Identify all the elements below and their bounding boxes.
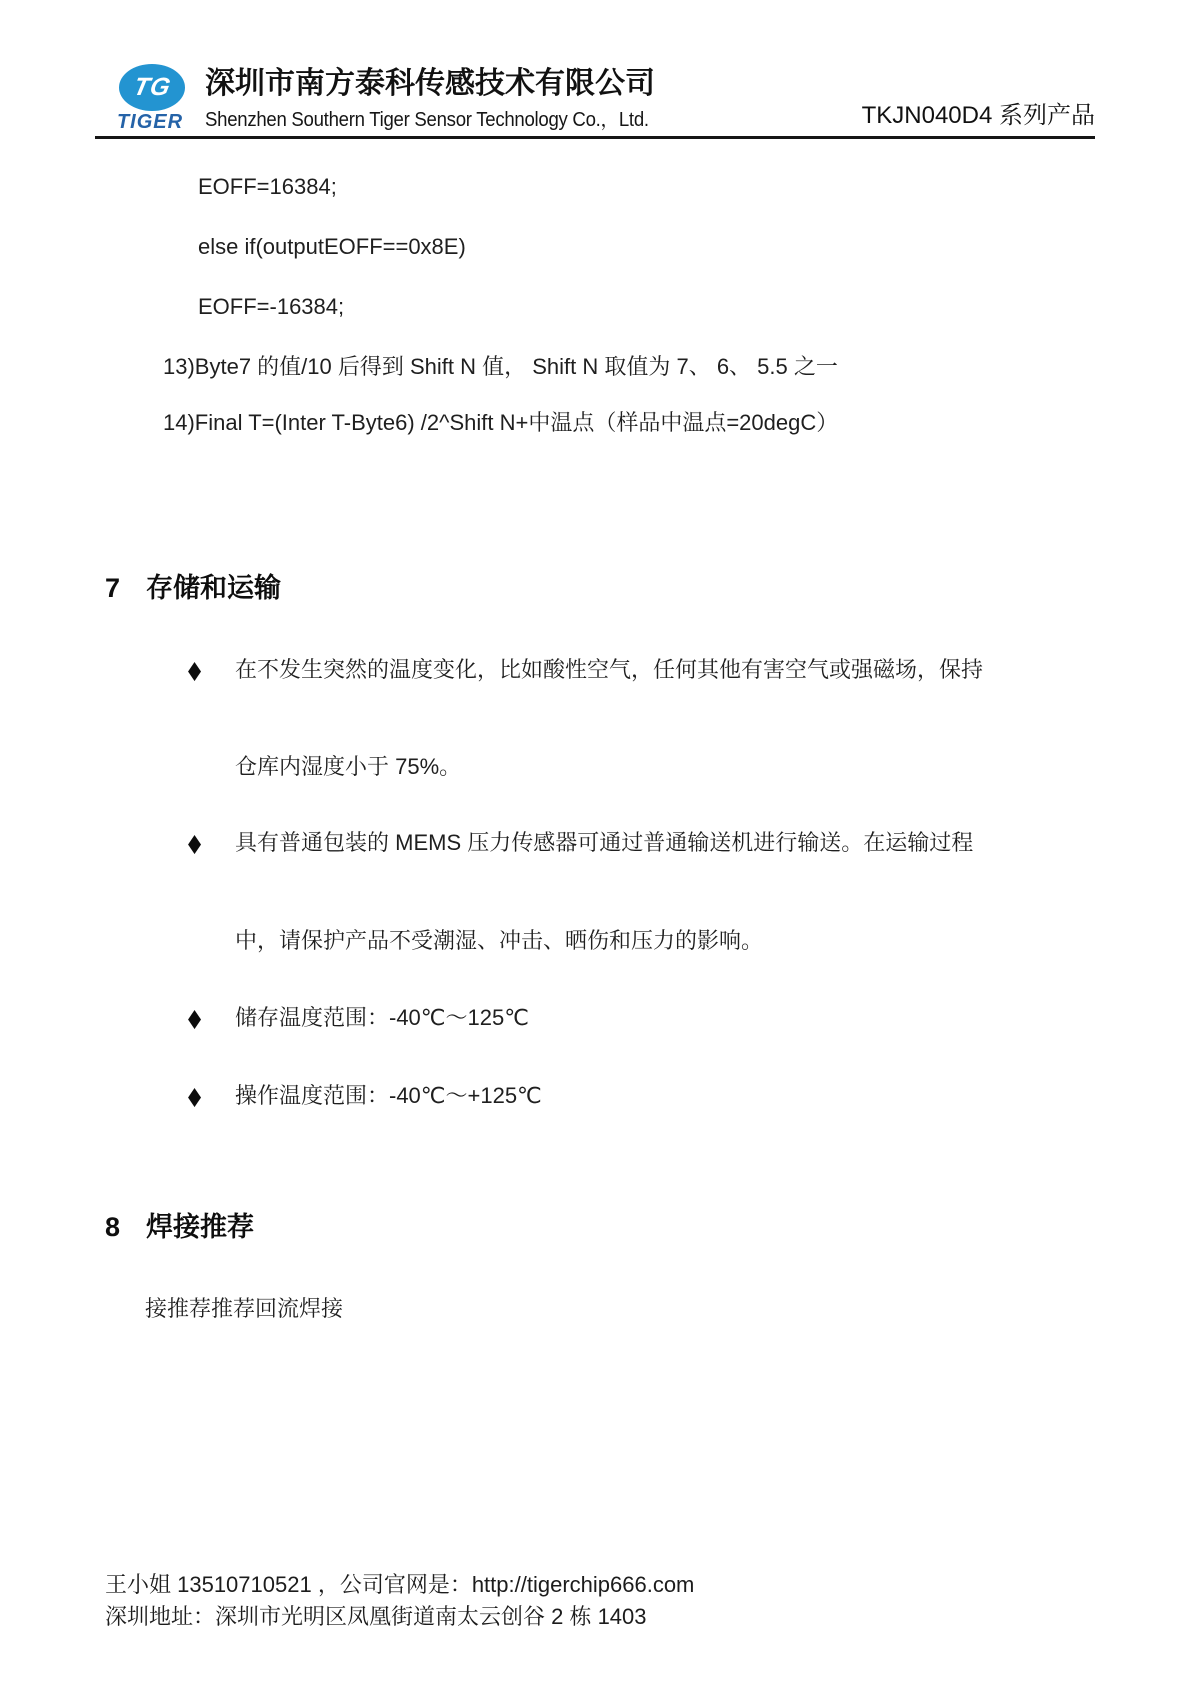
code-line: EOFF=-16384; <box>198 292 344 322</box>
section-7-number: 7 <box>105 573 120 604</box>
footer-contact-line: 王小姐 13510710521 ，公司官网是：http://tigerchip6… <box>105 1570 694 1600</box>
section-7-heading: 7存储和运输 <box>105 566 281 605</box>
company-logo: TG <box>119 64 185 111</box>
bullet-item: ◆ 操作温度范围：-40℃～+125℃ <box>188 1081 542 1111</box>
company-name-en: Shenzhen Southern Tiger Sensor Technolog… <box>205 103 649 132</box>
bullet-text-continuation: 仓库内湿度小于 75%。 <box>235 752 461 782</box>
diamond-bullet-icon: ◆ <box>188 1081 200 1111</box>
document-page: TG TIGER 深圳市南方泰科传感技术有限公司 Shenzhen Southe… <box>0 0 1190 1683</box>
bullet-item: ◆ 具有普通包装的 MEMS 压力传感器可通过普通输送机进行输送。在运输过程 <box>188 828 973 858</box>
section-8-number: 8 <box>105 1212 120 1243</box>
logo-tg-icon: TG <box>131 75 173 100</box>
diamond-bullet-icon: ◆ <box>188 1003 200 1033</box>
code-line: EOFF=16384; <box>198 172 337 202</box>
bullet-text: 储存温度范围：-40℃～125℃ <box>235 1003 529 1033</box>
product-series-label: TKJN040D4 系列产品 <box>862 95 1095 130</box>
numbered-item-14: 14)Final T=(Inter T-Byte6) /2^Shift N+中温… <box>163 408 838 438</box>
bullet-item: ◆ 在不发生突然的温度变化，比如酸性空气，任何其他有害空气或强磁场，保持 <box>188 655 983 685</box>
section-8-heading: 8焊接推荐 <box>105 1205 254 1244</box>
solder-recommendation-text: 接推荐推荐回流焊接 <box>145 1294 343 1324</box>
header-divider <box>95 136 1095 139</box>
section-7-title: 存储和运输 <box>146 573 281 603</box>
bullet-text: 具有普通包装的 MEMS 压力传感器可通过普通输送机进行输送。在运输过程 <box>235 828 973 858</box>
logo-tiger-text: TIGER <box>102 111 198 134</box>
code-line: else if(outputEOFF==0x8E) <box>198 232 466 262</box>
bullet-text: 在不发生突然的温度变化，比如酸性空气，任何其他有害空气或强磁场，保持 <box>235 655 983 685</box>
numbered-item-13: 13)Byte7 的值/10 后得到 Shift N 值， Shift N 取值… <box>163 352 838 382</box>
diamond-bullet-icon: ◆ <box>188 655 200 685</box>
section-8-title: 焊接推荐 <box>146 1212 254 1242</box>
bullet-text: 操作温度范围：-40℃～+125℃ <box>235 1081 542 1111</box>
footer-address-line: 深圳地址：深圳市光明区凤凰街道南太云创谷 2 栋 1403 <box>105 1602 647 1632</box>
diamond-bullet-icon: ◆ <box>188 828 200 858</box>
company-name-zh: 深圳市南方泰科传感技术有限公司 <box>205 58 655 102</box>
bullet-item: ◆ 储存温度范围：-40℃～125℃ <box>188 1003 529 1033</box>
bullet-text-continuation: 中，请保护产品不受潮湿、冲击、晒伤和压力的影响。 <box>235 926 763 956</box>
